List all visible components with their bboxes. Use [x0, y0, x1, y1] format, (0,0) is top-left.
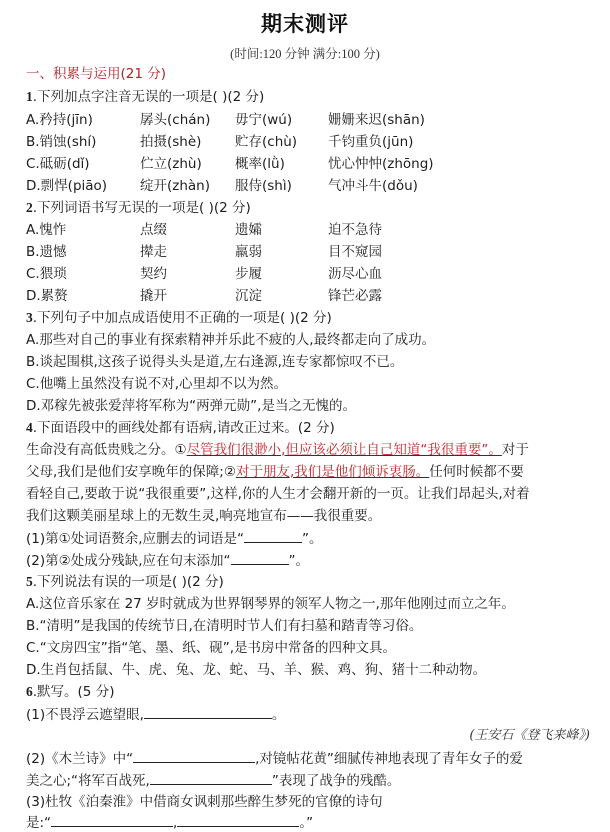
q6-sub-3-line-2: 是:“,。”	[26, 812, 313, 832]
sub-question-text: (1)第①处词语赘余,应删去的词语是“	[26, 531, 244, 547]
question-number: 3	[26, 310, 33, 325]
cell: 孱头(chán)	[140, 110, 210, 130]
question-text: .下面语段中的画线处都有语病,请改正过来。(2 分)	[33, 420, 335, 436]
cell: 毋宁(wú)	[235, 110, 292, 130]
underlined-error-1: 尽管我们很渺小,但应该必须让自己知道“我很重要”。	[187, 442, 502, 458]
question-4-stem: 4.下面语段中的画线处都有语病,请改正过来。(2 分)	[26, 418, 335, 438]
answer-blank[interactable]	[51, 812, 173, 827]
cell: 沥尽心血	[328, 264, 382, 284]
cell: 遗孀	[235, 220, 262, 240]
cell: 伫立(zhù)	[140, 154, 202, 174]
recitation-text: 。	[272, 707, 286, 723]
q3-option-b[interactable]: B.谈起围棋,这孩子说得头头是道,左右逢源,连专家都惊叹不已。	[26, 352, 403, 372]
q3-option-d[interactable]: D.邓稼先被张爱萍将军称为“两弹元勋”,是当之无愧的。	[26, 396, 356, 416]
q6-sub-1: (1)不畏浮云遮望眼,。	[26, 704, 285, 725]
q5-option-d[interactable]: D.生肖包括鼠、牛、虎、兔、龙、蛇、马、羊、猴、鸡、狗、猪十二种动物。	[26, 660, 486, 680]
cell: A.愧怍	[26, 220, 66, 240]
q6-sub-2-line-1: (2)《木兰诗》中“,对镜帖花黄”细腻传神地表现了青年女子的爱	[26, 748, 523, 769]
question-2-stem: 2.下列词语书写无误的一项是( )(2 分)	[26, 198, 251, 218]
cell: 点缀	[140, 220, 167, 240]
page-title: 期末测评	[0, 8, 610, 38]
cell: 沉淀	[235, 286, 262, 306]
cell: C.猥琐	[26, 264, 67, 284]
q5-option-a[interactable]: A.这位音乐家在 27 岁时就成为世界钢琴界的领军人物之一,那年他刚过而立之年。	[26, 594, 515, 614]
q4-passage-line-4: 我们这颗美丽星球上的无数生灵,响亮地宣布——我很重要。	[26, 506, 381, 526]
cell: 概率(lǜ)	[235, 154, 285, 174]
question-6-stem: 6.默写。(5 分)	[26, 682, 114, 702]
question-text: .下列句子中加点成语使用不正确的一项是( )(2 分)	[33, 310, 332, 326]
cell: 服侍(shì)	[235, 176, 292, 196]
recitation-text: 是:“	[26, 815, 51, 831]
q4-passage-line-1: 生命没有高低贵贱之分。①尽管我们很渺小,但应该必须让自己知道“我很重要”。对于	[26, 440, 529, 460]
cell: 契约	[140, 264, 167, 284]
passage-text: 生命没有高低贵贱之分。①	[26, 442, 187, 458]
passage-text: 任何时候都不要	[429, 464, 524, 480]
passage-text: 父母,我们是他们安享晚年的保障;②	[26, 464, 236, 480]
recitation-text: ,对镜帖花黄”细腻传神地表现了青年女子的爱	[255, 751, 523, 767]
cell: 拍摄(shè)	[140, 132, 201, 152]
sub-question-text: ”。	[302, 531, 323, 547]
q6-sub-3-line-1: (3)杜牧《泊秦淮》中借商女讽刺那些醉生梦死的官僚的诗句	[26, 792, 383, 812]
sub-question-text: ”。	[289, 553, 310, 569]
cell: B.遗憾	[26, 242, 67, 262]
cell: D.剽悍(piāo)	[26, 176, 107, 196]
cell: 羸弱	[235, 242, 262, 262]
question-number: 1	[26, 89, 33, 104]
question-text: .下列加点字注音无误的一项是( )(2 分)	[33, 89, 265, 105]
answer-blank[interactable]	[150, 770, 272, 785]
q4-passage-line-2: 父母,我们是他们安享晚年的保障;②对于朋友,我们是他们倾诉衷肠。任何时候都不要	[26, 462, 524, 482]
cell: 贮存(chù)	[235, 132, 297, 152]
cell: 千钧重负(jūn)	[328, 132, 413, 152]
underlined-error-2: 对于朋友,我们是他们倾诉衷肠。	[236, 464, 429, 480]
cell: 撵走	[140, 242, 167, 262]
question-text: .下列说法有误的一项是( )(2 分)	[33, 574, 224, 590]
question-number: 6	[26, 684, 33, 699]
q3-option-a[interactable]: A.那些对自己的事业有探索精神并乐此不疲的人,最终都走向了成功。	[26, 330, 435, 350]
answer-blank[interactable]	[144, 704, 272, 719]
exam-info: (时间:120 分钟 满分:100 分)	[0, 44, 610, 62]
question-number: 5	[26, 574, 33, 589]
recitation-text: 美之心;“将军百战死,	[26, 773, 150, 789]
cell: A.矜持(jīn)	[26, 110, 93, 130]
cell: D.累赘	[26, 286, 68, 306]
sub-question-text: (2)第②处成分残缺,应在句末添加“	[26, 553, 231, 569]
q3-option-c[interactable]: C.他嘴上虽然没有说不对,心里却不以为然。	[26, 374, 287, 394]
cell: 锋芒必露	[328, 286, 382, 306]
question-5-stem: 5.下列说法有误的一项是( )(2 分)	[26, 572, 224, 592]
cell: 迫不急待	[328, 220, 382, 240]
question-number: 4	[26, 420, 33, 435]
answer-blank[interactable]	[177, 812, 299, 827]
q4-sub-1: (1)第①处词语赘余,应删去的词语是“”。	[26, 528, 323, 549]
answer-blank[interactable]	[231, 550, 289, 565]
q6-sub-2-line-2: 美之心;“将军百战死,”表现了战争的残酷。	[26, 770, 400, 791]
cell: C.砥砺(dǐ)	[26, 154, 90, 174]
q4-sub-2: (2)第②处成分残缺,应在句末添加“”。	[26, 550, 309, 571]
question-text: .下列词语书写无误的一项是( )(2 分)	[33, 200, 251, 216]
recitation-text: (2)《木兰诗》中“	[26, 751, 133, 767]
cell: 撬开	[140, 286, 167, 306]
q5-option-c[interactable]: C.“文房四宝”指“笔、墨、纸、砚”,是书房中常备的四种文具。	[26, 638, 396, 658]
answer-blank[interactable]	[244, 528, 302, 543]
q4-passage-line-3: 看轻自己,要敢于说“我很重要”,这样,你的人生才会翻开新的一页。让我们昂起头,对…	[26, 484, 530, 504]
cell: 步履	[235, 264, 262, 284]
question-1-stem: 1.下列加点字注音无误的一项是( )(2 分)	[26, 87, 264, 107]
poem-source: (王安石《登飞来峰》)	[469, 726, 590, 746]
cell: 目不窥园	[328, 242, 382, 262]
question-3-stem: 3.下列句子中加点成语使用不正确的一项是( )(2 分)	[26, 308, 332, 328]
cell: 姗姗来迟(shān)	[328, 110, 425, 130]
question-number: 2	[26, 200, 33, 215]
exam-page: 期末测评 (时间:120 分钟 满分:100 分) 一、积累与运用(21 分) …	[0, 0, 610, 832]
passage-text: 对于	[502, 442, 529, 458]
recitation-text: ”表现了战争的残酷。	[272, 773, 401, 789]
recitation-text: 。”	[299, 815, 313, 831]
section-heading: 一、积累与运用(21 分)	[26, 64, 166, 84]
cell: 气冲斗牛(dǒu)	[328, 176, 418, 196]
cell: 忧心忡忡(zhōng)	[328, 154, 434, 174]
recitation-text: (1)不畏浮云遮望眼,	[26, 707, 144, 723]
cell: 绽开(zhàn)	[140, 176, 210, 196]
answer-blank[interactable]	[133, 748, 255, 763]
question-text: .默写。(5 分)	[33, 684, 115, 700]
cell: B.销蚀(shí)	[26, 132, 96, 152]
q5-option-b[interactable]: B.“清明”是我国的传统节日,在清明时节人们有扫墓和踏青等习俗。	[26, 616, 422, 636]
